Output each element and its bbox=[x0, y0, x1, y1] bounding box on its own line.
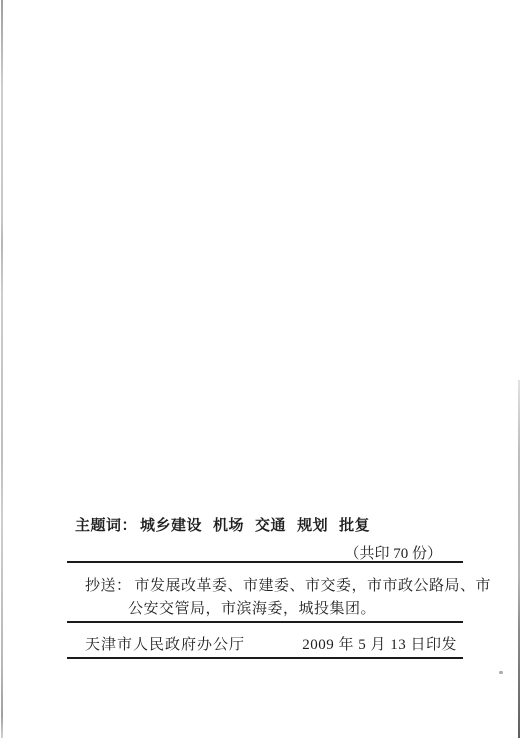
issuer-row: 天津市人民政府办公厅 2009 年 5 月 13 日印发 bbox=[0, 633, 525, 653]
subject-keyword: 交通 bbox=[255, 517, 286, 534]
copies-note: （共印 70 份） bbox=[344, 542, 442, 563]
cc-row: 抄送：市发展改革委、市建委、市交委，市市政公路局、市 bbox=[85, 574, 491, 595]
cc-label: 抄送： bbox=[85, 578, 132, 594]
issuer-name: 天津市人民政府办公厅 bbox=[85, 633, 245, 654]
cc-text-line1: 市发展改革委、市建委、市交委，市市政公路局、市 bbox=[135, 578, 492, 594]
subject-keyword: 规划 bbox=[297, 517, 328, 534]
subject-keyword: 城乡建设 bbox=[140, 517, 202, 534]
subject-keyword: 机场 bbox=[213, 517, 244, 534]
subject-label: 主题词： bbox=[75, 517, 137, 534]
divider-rule-top bbox=[67, 561, 463, 563]
cc-text-line2: 公安交管局，市滨海委，城投集团。 bbox=[128, 597, 376, 618]
divider-rule-bottom bbox=[67, 657, 463, 659]
document-colophon: 主题词：城乡建设机场交通规划批复 （共印 70 份） 抄送：市发展改革委、市建委… bbox=[0, 0, 525, 738]
divider-rule-middle bbox=[67, 621, 463, 623]
subject-keywords-row: 主题词：城乡建设机场交通规划批复 bbox=[75, 514, 370, 535]
print-date: 2009 年 5 月 13 日印发 bbox=[302, 633, 457, 654]
scanned-document-page: 主题词：城乡建设机场交通规划批复 （共印 70 份） 抄送：市发展改革委、市建委… bbox=[0, 0, 525, 738]
subject-keyword: 批复 bbox=[339, 517, 370, 534]
